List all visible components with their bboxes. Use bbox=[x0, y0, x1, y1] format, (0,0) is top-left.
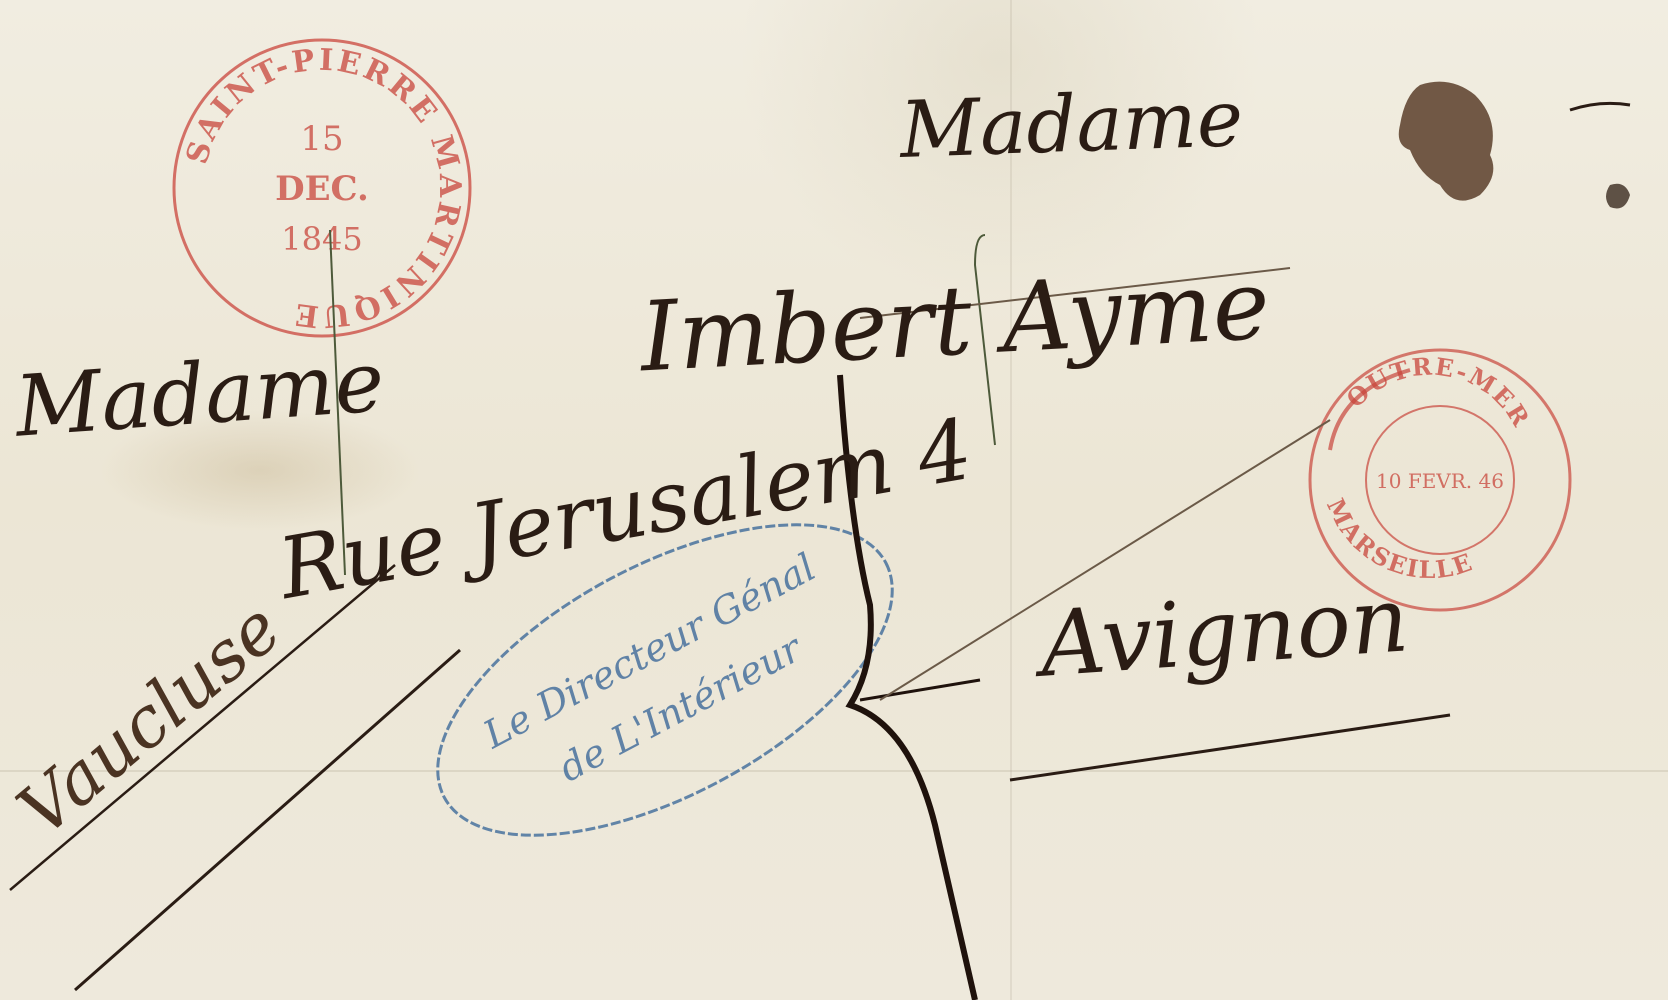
salutation-top: Madame bbox=[899, 74, 1245, 176]
svg-text:10 FEVR. 46: 10 FEVR. 46 bbox=[1376, 469, 1504, 493]
ink-blot bbox=[1399, 82, 1494, 201]
postal-cover: SAINT-PIERRE MARTINIQUE 15 DEC. 1845 OUT… bbox=[0, 0, 1668, 1000]
svg-text:15: 15 bbox=[300, 119, 343, 159]
svg-text:1845: 1845 bbox=[281, 220, 362, 258]
svg-text:DEC.: DEC. bbox=[275, 169, 369, 209]
svg-text:OUTRE-MER: OUTRE-MER bbox=[1340, 351, 1536, 432]
